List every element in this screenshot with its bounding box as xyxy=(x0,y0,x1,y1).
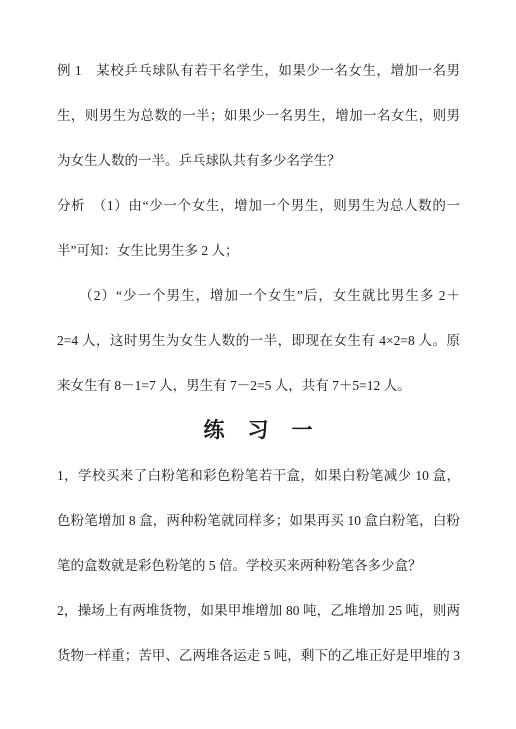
example1-problem-line-2: 生，则男生为总数的一半；如果少一名男生，增加一名女生，则男生 xyxy=(57,93,460,138)
practice-problem2-line-2: 货物一样重；苦甲、乙两堆各运走 5 吨，剩下的乙堆正好是甲堆的 3 xyxy=(57,633,460,678)
example1-problem-line-3: 为女生人数的一半。乒乓球队共有多少名学生？ xyxy=(57,138,460,183)
practice-problem1-line-2: 色粉笔增加 8 盒，两种粉笔就同样多；如果再买 10 盒白粉笔，白粉 xyxy=(57,498,460,543)
practice-problem1-line-3: 笔的盒数就是彩色粉笔的 5 倍。学校买来两种粉笔各多少盒？ xyxy=(57,543,460,588)
example1-problem-line-1: 例 1 某校乒乓球队有若干名学生，如果少一名女生，增加一名男 xyxy=(57,48,460,93)
example1-analysis-line-1: 分析 （1）由“少一个女生，增加一个男生，则男生为总人数的一 xyxy=(57,183,460,228)
practice-problem2-line-1: 2，操场上有两堆货物，如果甲堆增加 80 吨，乙堆增加 25 吨，则两堆 xyxy=(57,588,460,633)
document-page: 例 1 某校乒乓球队有若干名学生，如果少一名女生，增加一名男 生，则男生为总数的… xyxy=(0,0,516,729)
example1-analysis-line-3: （2）“少一个男生，增加一个女生”后，女生就比男生多 2＋ xyxy=(57,273,460,318)
example1-analysis-line-4: 2=4 人，这时男生为女生人数的一半，即现在女生有 4×2=8 人。原 xyxy=(57,318,460,363)
practice-problem1-line-1: 1，学校买来了白粉笔和彩色粉笔若干盒，如果白粉笔减少 10 盒，彩 xyxy=(57,453,460,498)
example1-analysis-line-5: 来女生有 8－1=7 人，男生有 7－2=5 人，共有 7＋5=12 人。 xyxy=(57,363,460,408)
practice-section-heading: 练 习 一 xyxy=(57,408,460,453)
example1-analysis-line-2: 半”可知：女生比男生多 2 人； xyxy=(57,228,460,273)
